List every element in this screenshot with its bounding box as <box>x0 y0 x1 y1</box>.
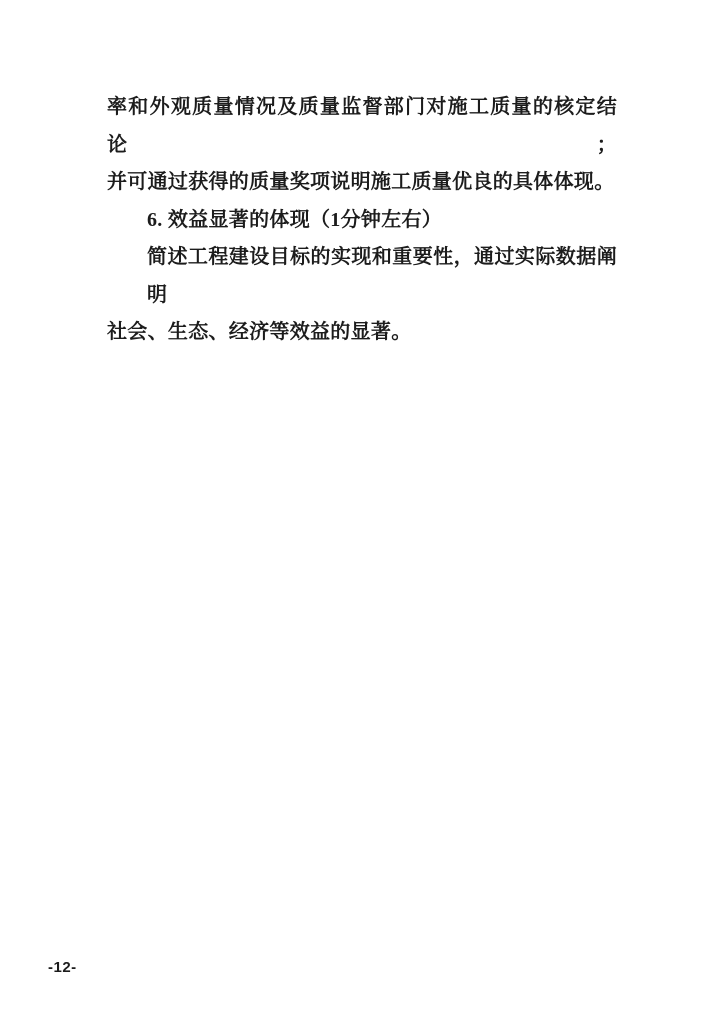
body-line: 简述工程建设目标的实现和重要性，通过实际数据阐明 <box>107 239 617 314</box>
page-number: -12- <box>48 959 77 976</box>
body-line: 社会、生态、经济等效益的显著。 <box>107 314 617 352</box>
body-line: 率和外观质量情况及质量监督部门对施工质量的核定结论； <box>107 89 617 164</box>
section-heading: 6. 效益显著的体现（1分钟左右） <box>107 202 617 240</box>
body-line: 并可通过获得的质量奖项说明施工质量优良的具体体现。 <box>107 164 617 202</box>
body-text-block: 率和外观质量情况及质量监督部门对施工质量的核定结论； 并可通过获得的质量奖项说明… <box>107 89 617 352</box>
document-page: 率和外观质量情况及质量监督部门对施工质量的核定结论； 并可通过获得的质量奖项说明… <box>0 0 724 1024</box>
